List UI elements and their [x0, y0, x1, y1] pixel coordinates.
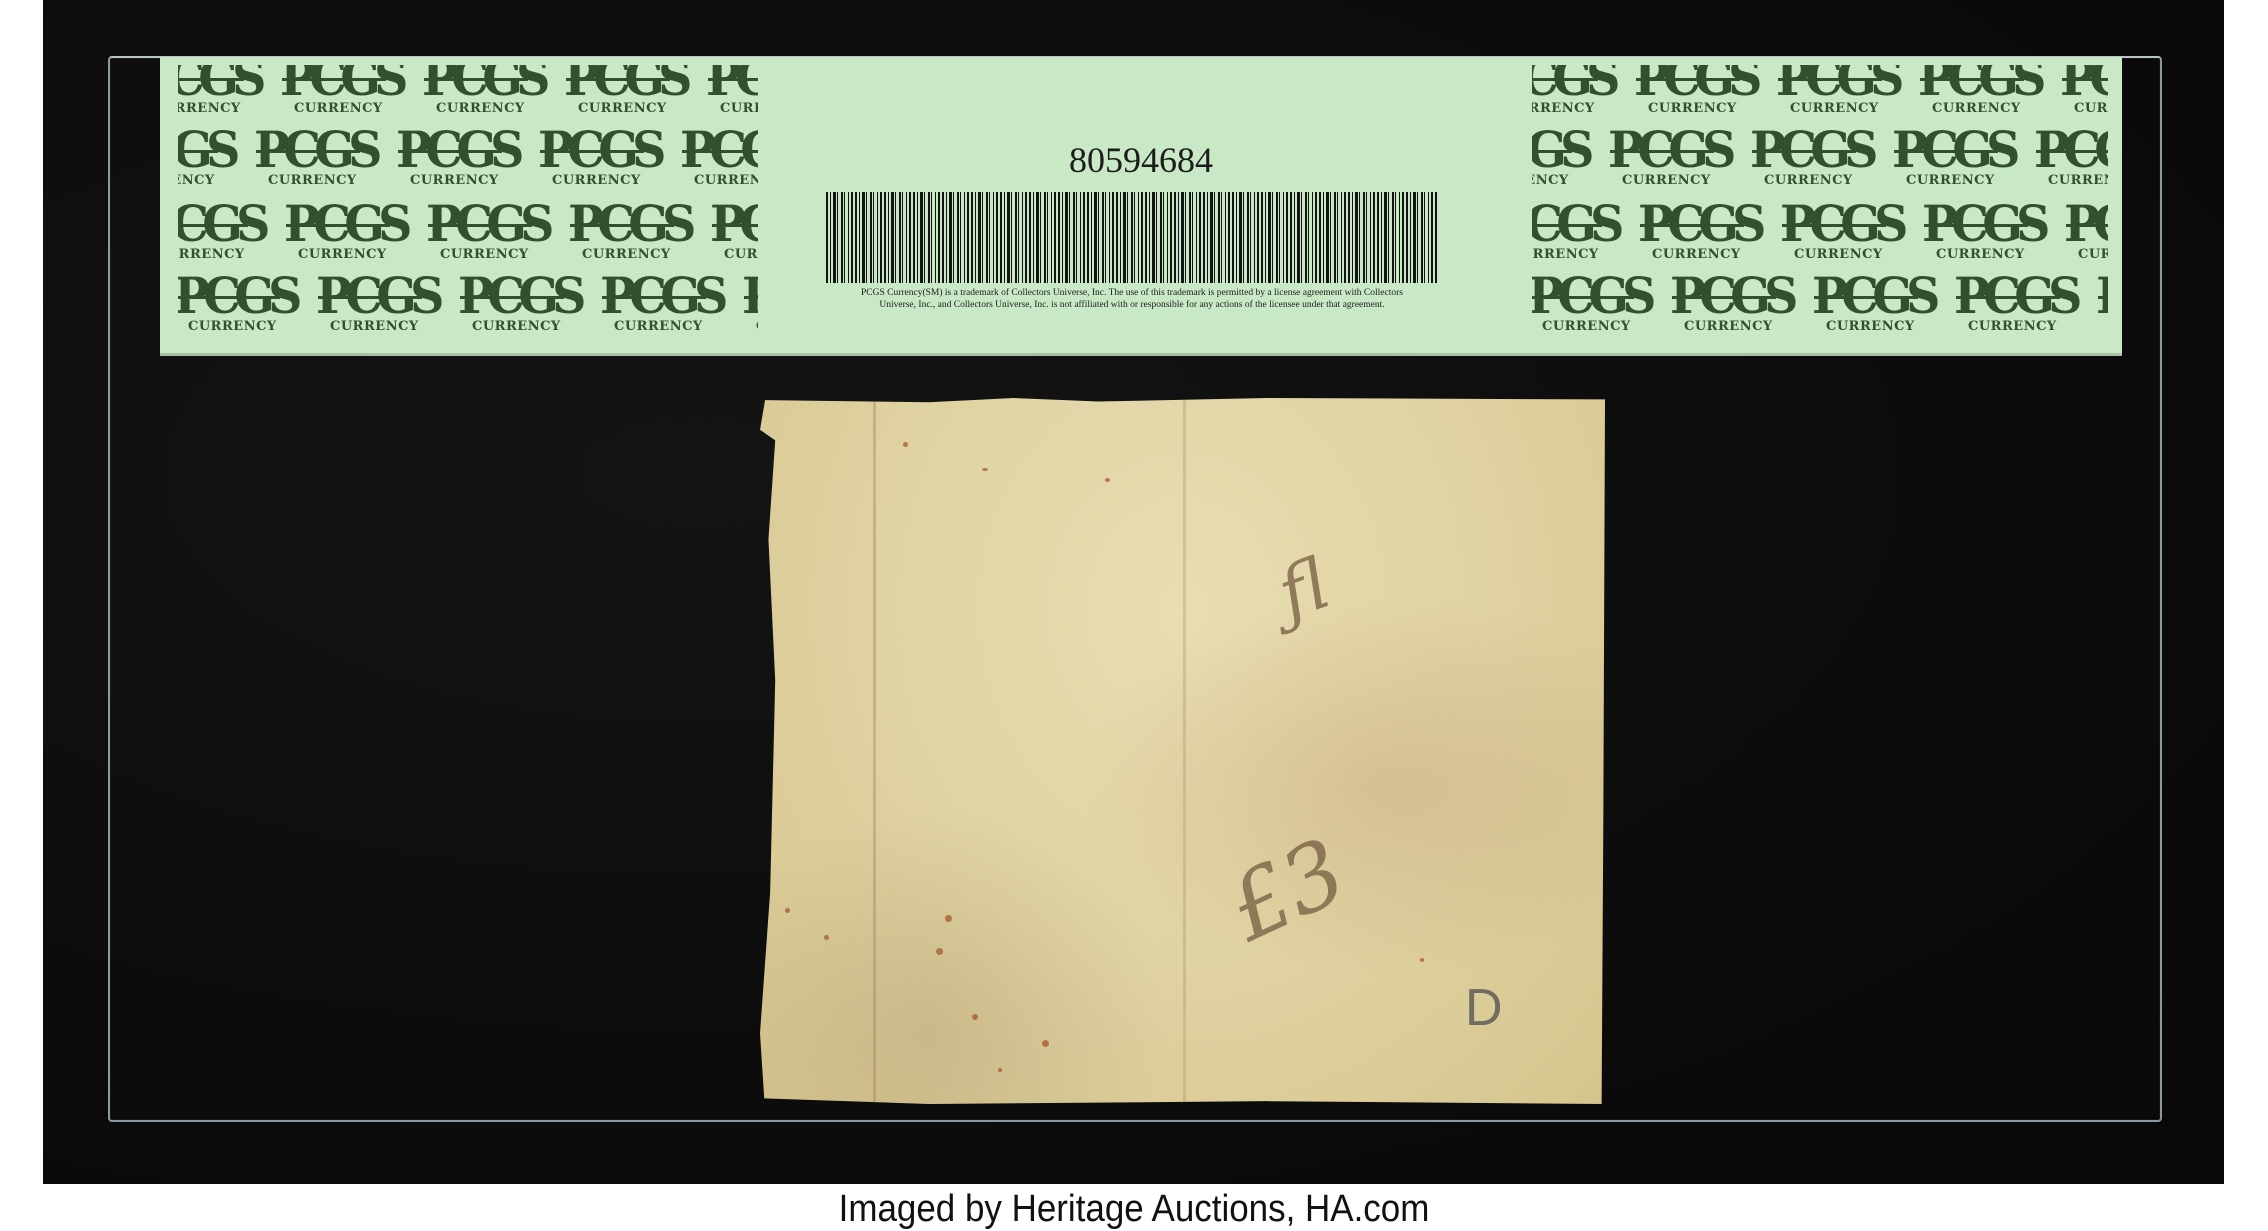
pcgs-logo: PCGSCURRENCY	[1780, 197, 1892, 265]
pcgs-logo: PCGSCURRENCY	[710, 197, 758, 265]
fold-line	[873, 398, 876, 1104]
pcgs-logo: PCGSCURRENCY	[1532, 65, 1604, 119]
handwritten-letter: D	[1465, 978, 1503, 1038]
handwritten-denomination: £3	[1213, 819, 1361, 963]
pcgs-logo: PCGSCURRENCY	[316, 269, 428, 337]
pattern-row: PCGSCURRENCYPCGSCURRENCYPCGSCURRENCYPCGS…	[1532, 65, 2108, 121]
stain-spot	[1420, 958, 1424, 962]
stain-spot	[998, 1068, 1002, 1072]
stain-spot	[972, 1014, 978, 1020]
pcgs-logo: PCGSCURRENCY	[1892, 123, 2004, 191]
stain-spot	[785, 908, 790, 913]
pcgs-logo: PCGSCURRENCY	[2060, 65, 2108, 119]
pcgs-logo: PCGSCURRENCY	[284, 197, 396, 265]
pcgs-logo: PCGSCURRENCY	[426, 197, 538, 265]
pcgs-logo: PCGSCURRENCY	[422, 65, 534, 119]
stain-spot	[982, 468, 988, 471]
pattern-row: PCGSCURRENCYPCGSCURRENCYPCGSCURRENCYPCGS…	[178, 65, 758, 121]
pcgs-logo: PCGSCURRENCY	[2034, 123, 2108, 191]
pcgs-logo-pattern-right: PCGSCURRENCYPCGSCURRENCYPCGSCURRENCYPCGS…	[1532, 65, 2108, 347]
legal-disclaimer: PCGS Currency(SM) is a trademark of Coll…	[760, 287, 1504, 311]
pcgs-logo: PCGSCURRENCY	[1532, 123, 1578, 191]
pcgs-logo: PCGSCURRENCY	[1638, 197, 1750, 265]
pcgs-logo: PCGSCURRENCY	[1608, 123, 1720, 191]
stain-spot	[1105, 478, 1110, 482]
pcgs-logo-pattern-left: PCGSCURRENCYPCGSCURRENCYPCGSCURRENCYPCGS…	[178, 65, 758, 347]
pcgs-label: PCGSCURRENCYPCGSCURRENCYPCGSCURRENCYPCGS…	[160, 57, 2122, 353]
pattern-row: PCGSCURRENCYPCGSCURRENCYPCGSCURRENCYPCGS…	[1532, 269, 2108, 339]
banknote-back: ƒl £3 D	[760, 398, 1605, 1104]
pcgs-logo: PCGSCURRENCY	[178, 65, 250, 119]
legal-line-1: PCGS Currency(SM) is a trademark of Coll…	[760, 287, 1504, 299]
pcgs-logo: PCGSCURRENCY	[1918, 65, 2030, 119]
pcgs-logo: PCGSCURRENCY	[1670, 269, 1782, 337]
pcgs-logo: PCGSCURRENCY	[178, 197, 254, 265]
pcgs-logo: PCGSCURRENCY	[1634, 65, 1746, 119]
stain-spot	[903, 442, 908, 447]
pcgs-logo: PCGSCURRENCY	[742, 269, 758, 337]
pattern-row: PCGSCURRENCYPCGSCURRENCYPCGSCURRENCYPCGS…	[1532, 197, 2108, 267]
pcgs-logo: PCGSCURRENCY	[706, 65, 758, 119]
barcode	[826, 192, 1438, 283]
pcgs-logo: PCGSCURRENCY	[1532, 197, 1608, 265]
pcgs-logo: PCGSCURRENCY	[568, 197, 680, 265]
handwritten-mark: ƒl	[1267, 542, 1339, 635]
pcgs-logo: PCGSCURRENCY	[1532, 269, 1640, 337]
pcgs-logo: PCGSCURRENCY	[458, 269, 570, 337]
pcgs-logo: PCGSCURRENCY	[600, 269, 712, 337]
pcgs-logo: PCGSCURRENCY	[1750, 123, 1862, 191]
stain-spot	[945, 915, 952, 922]
pcgs-logo: PCGSCURRENCY	[178, 269, 286, 337]
legal-line-2: Universe, Inc., and Collectors Universe,…	[760, 299, 1504, 311]
pcgs-logo: PCGSCURRENCY	[1812, 269, 1924, 337]
pcgs-logo: PCGSCURRENCY	[2064, 197, 2108, 265]
pattern-row: PCGSCURRENCYPCGSCURRENCYPCGSCURRENCYPCGS…	[1532, 123, 2108, 193]
pattern-row: PCGSCURRENCYPCGSCURRENCYPCGSCURRENCYPCGS…	[178, 269, 758, 339]
stain-spot	[1042, 1040, 1049, 1047]
pcgs-logo: PCGSCURRENCY	[564, 65, 676, 119]
image-credit-caption: Imaged by Heritage Auctions, HA.com	[91, 1188, 2178, 1231]
pcgs-logo: PCGSCURRENCY	[1776, 65, 1888, 119]
pcgs-logo: PCGSCURRENCY	[1954, 269, 2066, 337]
pattern-row: PCGSCURRENCYPCGSCURRENCYPCGSCURRENCYPCGS…	[178, 197, 758, 267]
stain-spot	[824, 935, 829, 940]
fold-line	[1183, 398, 1186, 1104]
pcgs-logo: PCGSCURRENCY	[280, 65, 392, 119]
pcgs-logo: PCGSCURRENCY	[1922, 197, 2034, 265]
stain-spot	[936, 948, 943, 955]
pcgs-logo: PCGSCURRENCY	[2096, 269, 2108, 337]
